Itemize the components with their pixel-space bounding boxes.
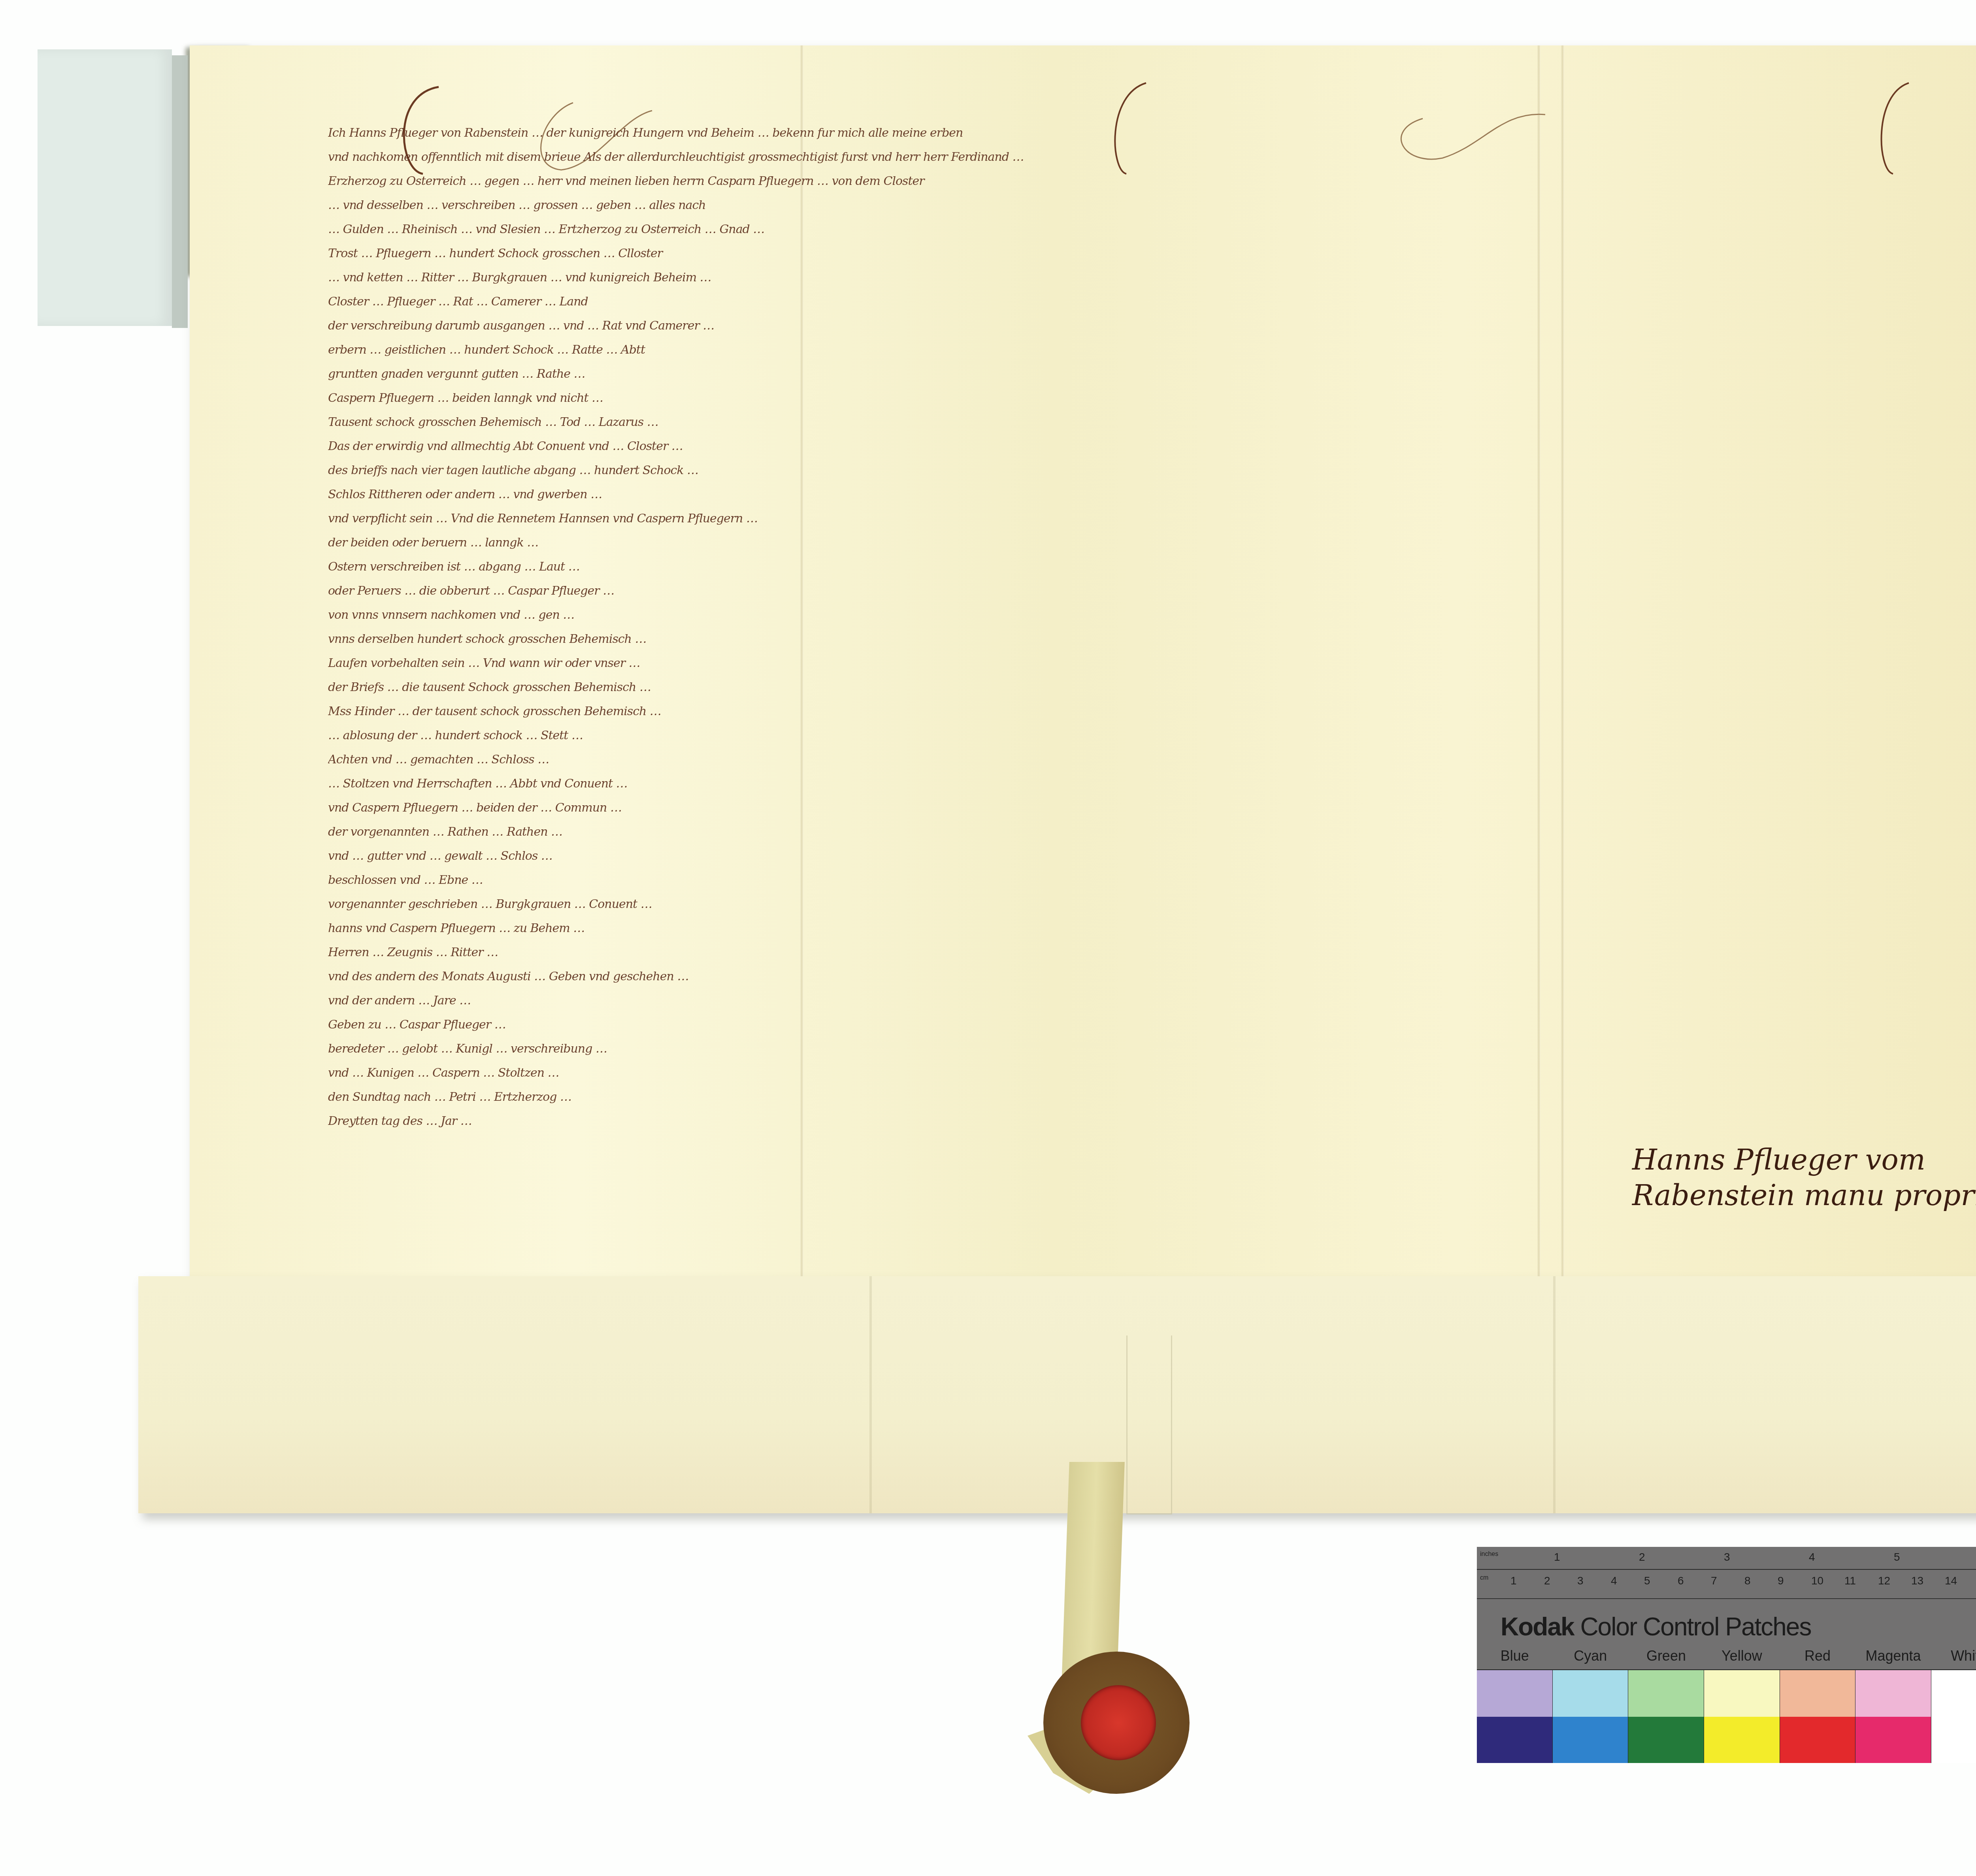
ruler: inches 1 2 3 4 5 6 7 8 cm 1 2 3 4 5 6 7 … xyxy=(1477,1547,1976,1599)
text-line: Erzherzog zu Osterreich … gegen … herr v… xyxy=(328,171,1976,192)
text-line: vnd Caspern Pfluegern … beiden der … Com… xyxy=(328,797,1976,819)
text-line: Caspern Pfluegern … beiden lanngk vnd ni… xyxy=(328,388,1976,409)
patch-label-red: Red xyxy=(1780,1648,1855,1669)
text-line: … vnd ketten … Ritter … Burgkgrauen … vn… xyxy=(328,267,1976,288)
patch-white xyxy=(1931,1670,1976,1763)
text-line: Laufen vorbehalten sein … Vnd wann wir o… xyxy=(328,653,1976,674)
text-line: vorgenannter geschrieben … Burgkgrauen …… xyxy=(328,894,1976,915)
text-line: … Gulden … Rheinisch … vnd Slesien … Ert… xyxy=(328,219,1976,240)
text-line: Closter … Pflueger … Rat … Camerer … Lan… xyxy=(328,291,1976,313)
text-line: der beiden oder beruern … lanngk … xyxy=(328,532,1976,554)
patch-label-white: White xyxy=(1931,1648,1976,1669)
kodak-color-control-chart: inches 1 2 3 4 5 6 7 8 cm 1 2 3 4 5 6 7 … xyxy=(1477,1547,1976,1762)
patch-yellow xyxy=(1704,1670,1780,1763)
patch-green xyxy=(1628,1670,1704,1763)
patch-label-blue: Blue xyxy=(1477,1648,1553,1669)
text-line: vnd verpflicht sein … Vnd die Rennetem H… xyxy=(328,508,1976,529)
signature: Hanns Pflueger vom Rabenstein manu propr… xyxy=(1632,1142,1976,1213)
text-line: vnd der andern … Jare … xyxy=(328,990,1976,1011)
text-line: erbern … geistlichen … hundert Schock … … xyxy=(328,339,1976,361)
text-line: vnd … gutter vnd … gewalt … Schlos … xyxy=(328,846,1976,867)
patch-red xyxy=(1780,1670,1856,1763)
patch-labels: Blue Cyan Green Yellow Red Magenta White… xyxy=(1477,1648,1976,1669)
text-line: vnd … Kunigen … Caspern … Stoltzen … xyxy=(328,1062,1976,1084)
ruler-inches-label: inches xyxy=(1480,1551,1498,1558)
text-line: Schlos Rittheren oder andern … vnd gwerb… xyxy=(328,484,1976,505)
red-wax-seal-icon xyxy=(1081,1685,1156,1760)
text-line: vnd des andern des Monats Augusti … Gebe… xyxy=(328,966,1976,987)
text-line: von vnns vnnsern nachkomen vnd … gen … xyxy=(328,605,1976,626)
text-line: des brieffs nach vier tagen lautliche ab… xyxy=(328,460,1976,481)
text-line: beredeter … gelobt … Kunigl … verschreib… xyxy=(328,1038,1976,1060)
text-line: Das der erwirdig vnd allmechtig Abt Conu… xyxy=(328,436,1976,457)
text-line: Ich Hanns Pflueger von Rabenstein … der … xyxy=(328,122,1976,144)
text-line: Ostern verschreiben ist … abgang … Laut … xyxy=(328,556,1976,578)
signature-line-1: Hanns Pflueger vom xyxy=(1632,1142,1976,1177)
patch-label-green: Green xyxy=(1628,1648,1704,1669)
plica-fold xyxy=(138,1276,1976,1513)
text-line: beschlossen vnd … Ebne … xyxy=(328,870,1976,891)
text-line: Achten vnd … gemachten … Schloss … xyxy=(328,749,1976,770)
text-line: vnns derselben hundert schock grosschen … xyxy=(328,629,1976,650)
text-line: der Briefs … die tausent Schock grossche… xyxy=(328,677,1976,698)
text-line: Trost … Pfluegern … hundert Schock gross… xyxy=(328,243,1976,264)
patch-cyan xyxy=(1553,1670,1629,1763)
text-line: der verschreibung darumb ausgangen … vnd… xyxy=(328,315,1976,337)
text-line: Geben zu … Caspar Pflueger … xyxy=(328,1014,1976,1036)
text-line: den Sundtag nach … Petri … Ertzherzog … xyxy=(328,1087,1976,1108)
patch-blue xyxy=(1477,1670,1553,1763)
text-line: Dreytten tag des … Jar … xyxy=(328,1111,1976,1132)
text-line: hanns vnd Caspern Pfluegern … zu Behem … xyxy=(328,918,1976,939)
color-patches xyxy=(1477,1669,1976,1763)
text-line: … Stoltzen vnd Herrschaften … Abbt vnd C… xyxy=(328,773,1976,795)
patch-label-yellow: Yellow xyxy=(1704,1648,1780,1669)
ruler-cm-label: cm xyxy=(1480,1575,1488,1582)
kodak-title: Kodak Color Control Patches xyxy=(1501,1612,1811,1641)
text-line: Herren … Zeugnis … Ritter … xyxy=(328,942,1976,963)
text-line: vnd nachkomen offenntlich mit disem brie… xyxy=(328,147,1976,168)
signature-line-2: Rabenstein manu propria xyxy=(1632,1177,1976,1213)
charter-text: Ich Hanns Pflueger von Rabenstein … der … xyxy=(328,122,1976,1135)
patch-magenta xyxy=(1855,1670,1931,1763)
text-line: der vorgenannten … Rathen … Rathen … xyxy=(328,821,1976,843)
kodak-subtitle: Color Control Patches xyxy=(1580,1612,1811,1641)
text-line: gruntten gnaden vergunnt gutten … Rathe … xyxy=(328,364,1976,385)
text-line: … ablosung der … hundert schock … Stett … xyxy=(328,725,1976,746)
patch-label-cyan: Cyan xyxy=(1553,1648,1629,1669)
patch-label-magenta: Magenta xyxy=(1855,1648,1931,1669)
text-line: oder Peruers … die obberurt … Caspar Pfl… xyxy=(328,580,1976,602)
left-weight-side xyxy=(172,55,188,328)
seal-parchment-tag xyxy=(1062,1462,1125,1683)
left-weight xyxy=(38,49,172,326)
text-line: Tausent schock grosschen Behemisch … Tod… xyxy=(328,412,1976,433)
text-line: … vnd desselben … verschreiben … grossen… xyxy=(328,195,1976,216)
text-line: Mss Hinder … der tausent schock grossche… xyxy=(328,701,1976,722)
kodak-brand: Kodak xyxy=(1501,1612,1574,1641)
